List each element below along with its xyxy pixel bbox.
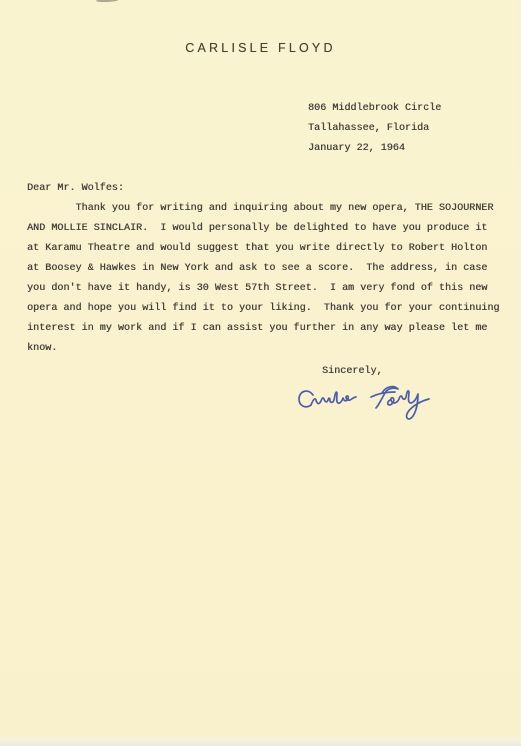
letter-body: Thank you for writing and inquiring abou… bbox=[27, 199, 507, 359]
signature bbox=[294, 384, 432, 428]
body-line: you don't have it handy, is 30 West 57th… bbox=[27, 279, 507, 299]
address-date-block: 806 Middlebrook CircleTallahassee, Flori… bbox=[308, 99, 441, 159]
address-line: January 22, 1964 bbox=[308, 139, 441, 159]
closing: Sincerely, bbox=[322, 362, 383, 382]
letterhead: CARLISLE FLOYD bbox=[0, 41, 521, 55]
body-line: know. bbox=[27, 339, 507, 359]
address-line: 806 Middlebrook Circle bbox=[308, 99, 441, 119]
scan-edge-right bbox=[517, 0, 521, 746]
address-line: Tallahassee, Florida bbox=[308, 119, 441, 139]
body-line: at Karamu Theatre and would suggest that… bbox=[27, 239, 507, 259]
body-line: Thank you for writing and inquiring abou… bbox=[27, 199, 507, 219]
body-line: at Boosey & Hawkes in New York and ask t… bbox=[27, 259, 507, 279]
body-line: opera and hope you will find it to your … bbox=[27, 299, 507, 319]
scan-artifact bbox=[96, 0, 118, 2]
signature-ink-icon bbox=[294, 384, 432, 428]
salutation: Dear Mr. Wolfes: bbox=[27, 179, 124, 199]
body-line: interest in my work and if I can assist … bbox=[27, 319, 507, 339]
scan-edge-bottom bbox=[0, 735, 521, 746]
letter-page: CARLISLE FLOYD 806 Middlebrook CircleTal… bbox=[0, 0, 521, 746]
body-line: AND MOLLIE SINCLAIR. I would personally … bbox=[27, 219, 507, 239]
